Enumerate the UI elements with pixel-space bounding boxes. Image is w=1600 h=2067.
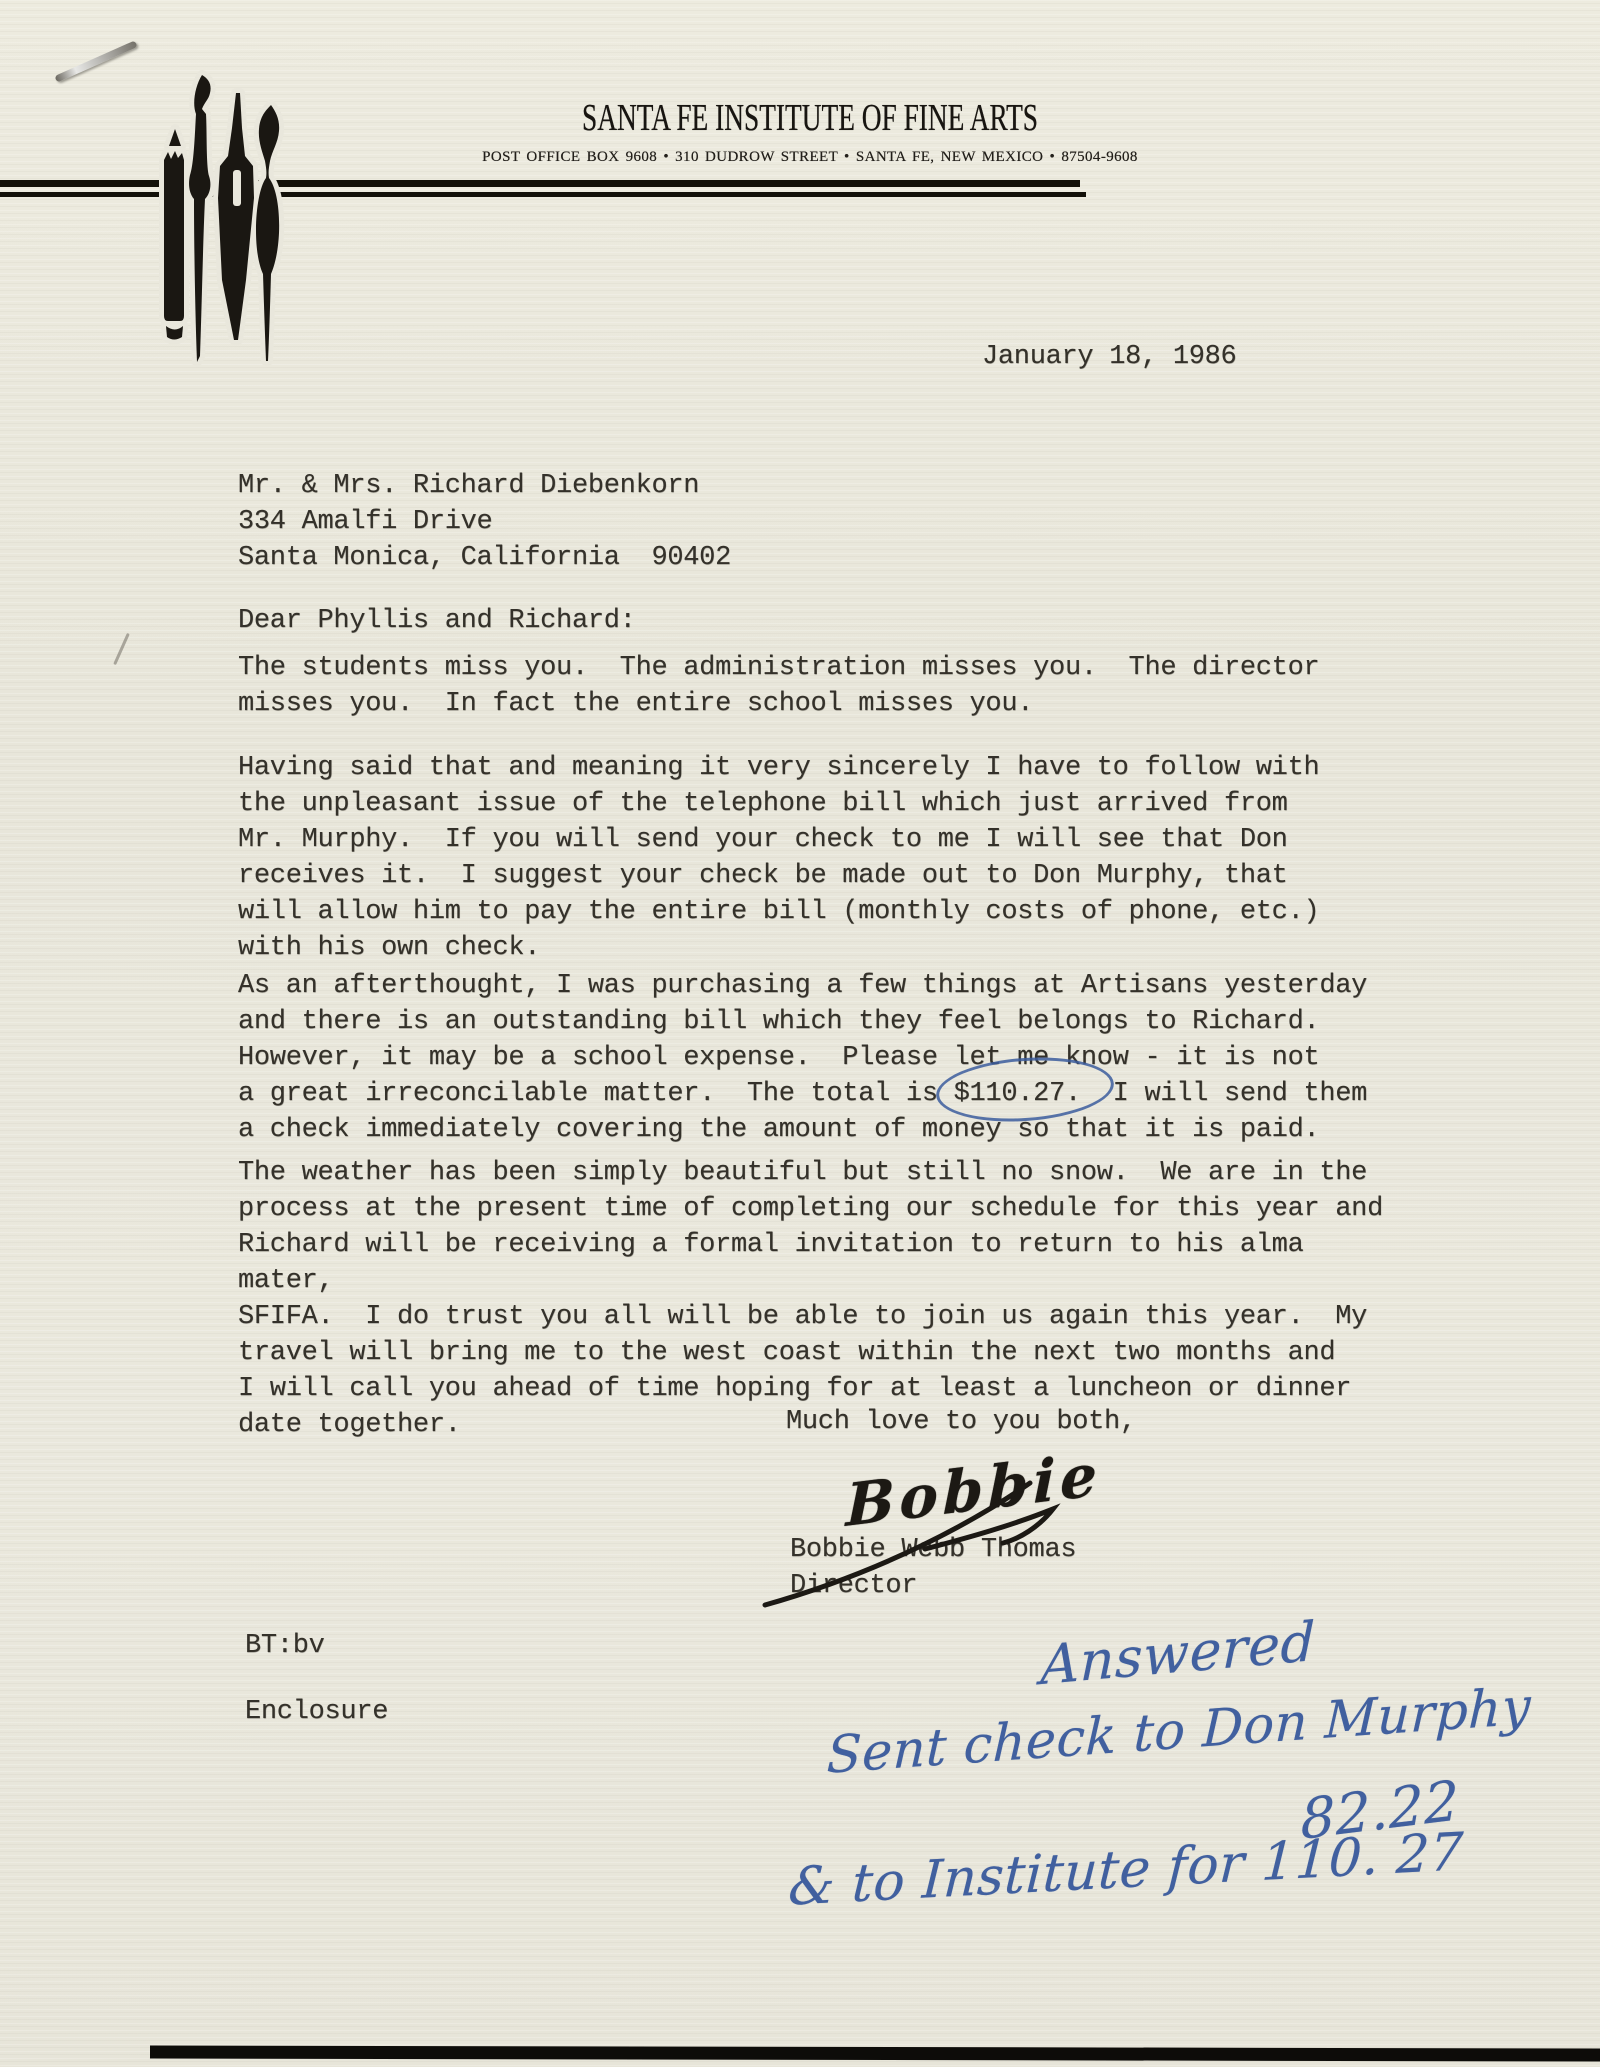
paragraph-2: Having said that and meaning it very sin… xyxy=(238,750,1408,966)
paragraph-4: The weather has been simply beautiful bu… xyxy=(238,1155,1408,1443)
paragraph-1: The students miss you. The administratio… xyxy=(238,650,1408,722)
recipient-address: Mr. & Mrs. Richard Diebenkorn 334 Amalfi… xyxy=(238,468,731,576)
date-line: January 18, 1986 xyxy=(982,339,1236,375)
pen-nib-slot xyxy=(233,170,241,206)
scan-edge-bottom xyxy=(150,2045,1600,2061)
pencil-mark xyxy=(113,633,130,665)
scanned-letter-page: SANTA FE INSTITUTE OF FINE ARTS POST OFF… xyxy=(0,0,1600,2067)
pen-annotation-sent-check: Sent check to Don Murphy xyxy=(826,1677,1532,1786)
pen-annotation-answered: Answered xyxy=(1040,1610,1316,1697)
letterhead-address: POST OFFICE BOX 9608 • 310 DUDROW STREET… xyxy=(482,149,1138,166)
reference-initials: BT:bv xyxy=(245,1628,325,1664)
art-tools-logo-icon xyxy=(150,68,290,380)
salutation: Dear Phyllis and Richard: xyxy=(238,603,636,639)
signature-flourish xyxy=(735,1445,1105,1615)
enclosure-note: Enclosure xyxy=(245,1694,388,1730)
closing-line: Much love to you both, xyxy=(786,1404,1136,1440)
pen-annotation-institute-amount: & to Institute for 110. 27 xyxy=(787,1822,1465,1918)
letterhead-title: SANTA FE INSTITUTE OF FINE ARTS xyxy=(582,96,1038,140)
paragraph-3: As an afterthought, I was purchasing a f… xyxy=(238,968,1408,1148)
staple xyxy=(54,40,137,82)
